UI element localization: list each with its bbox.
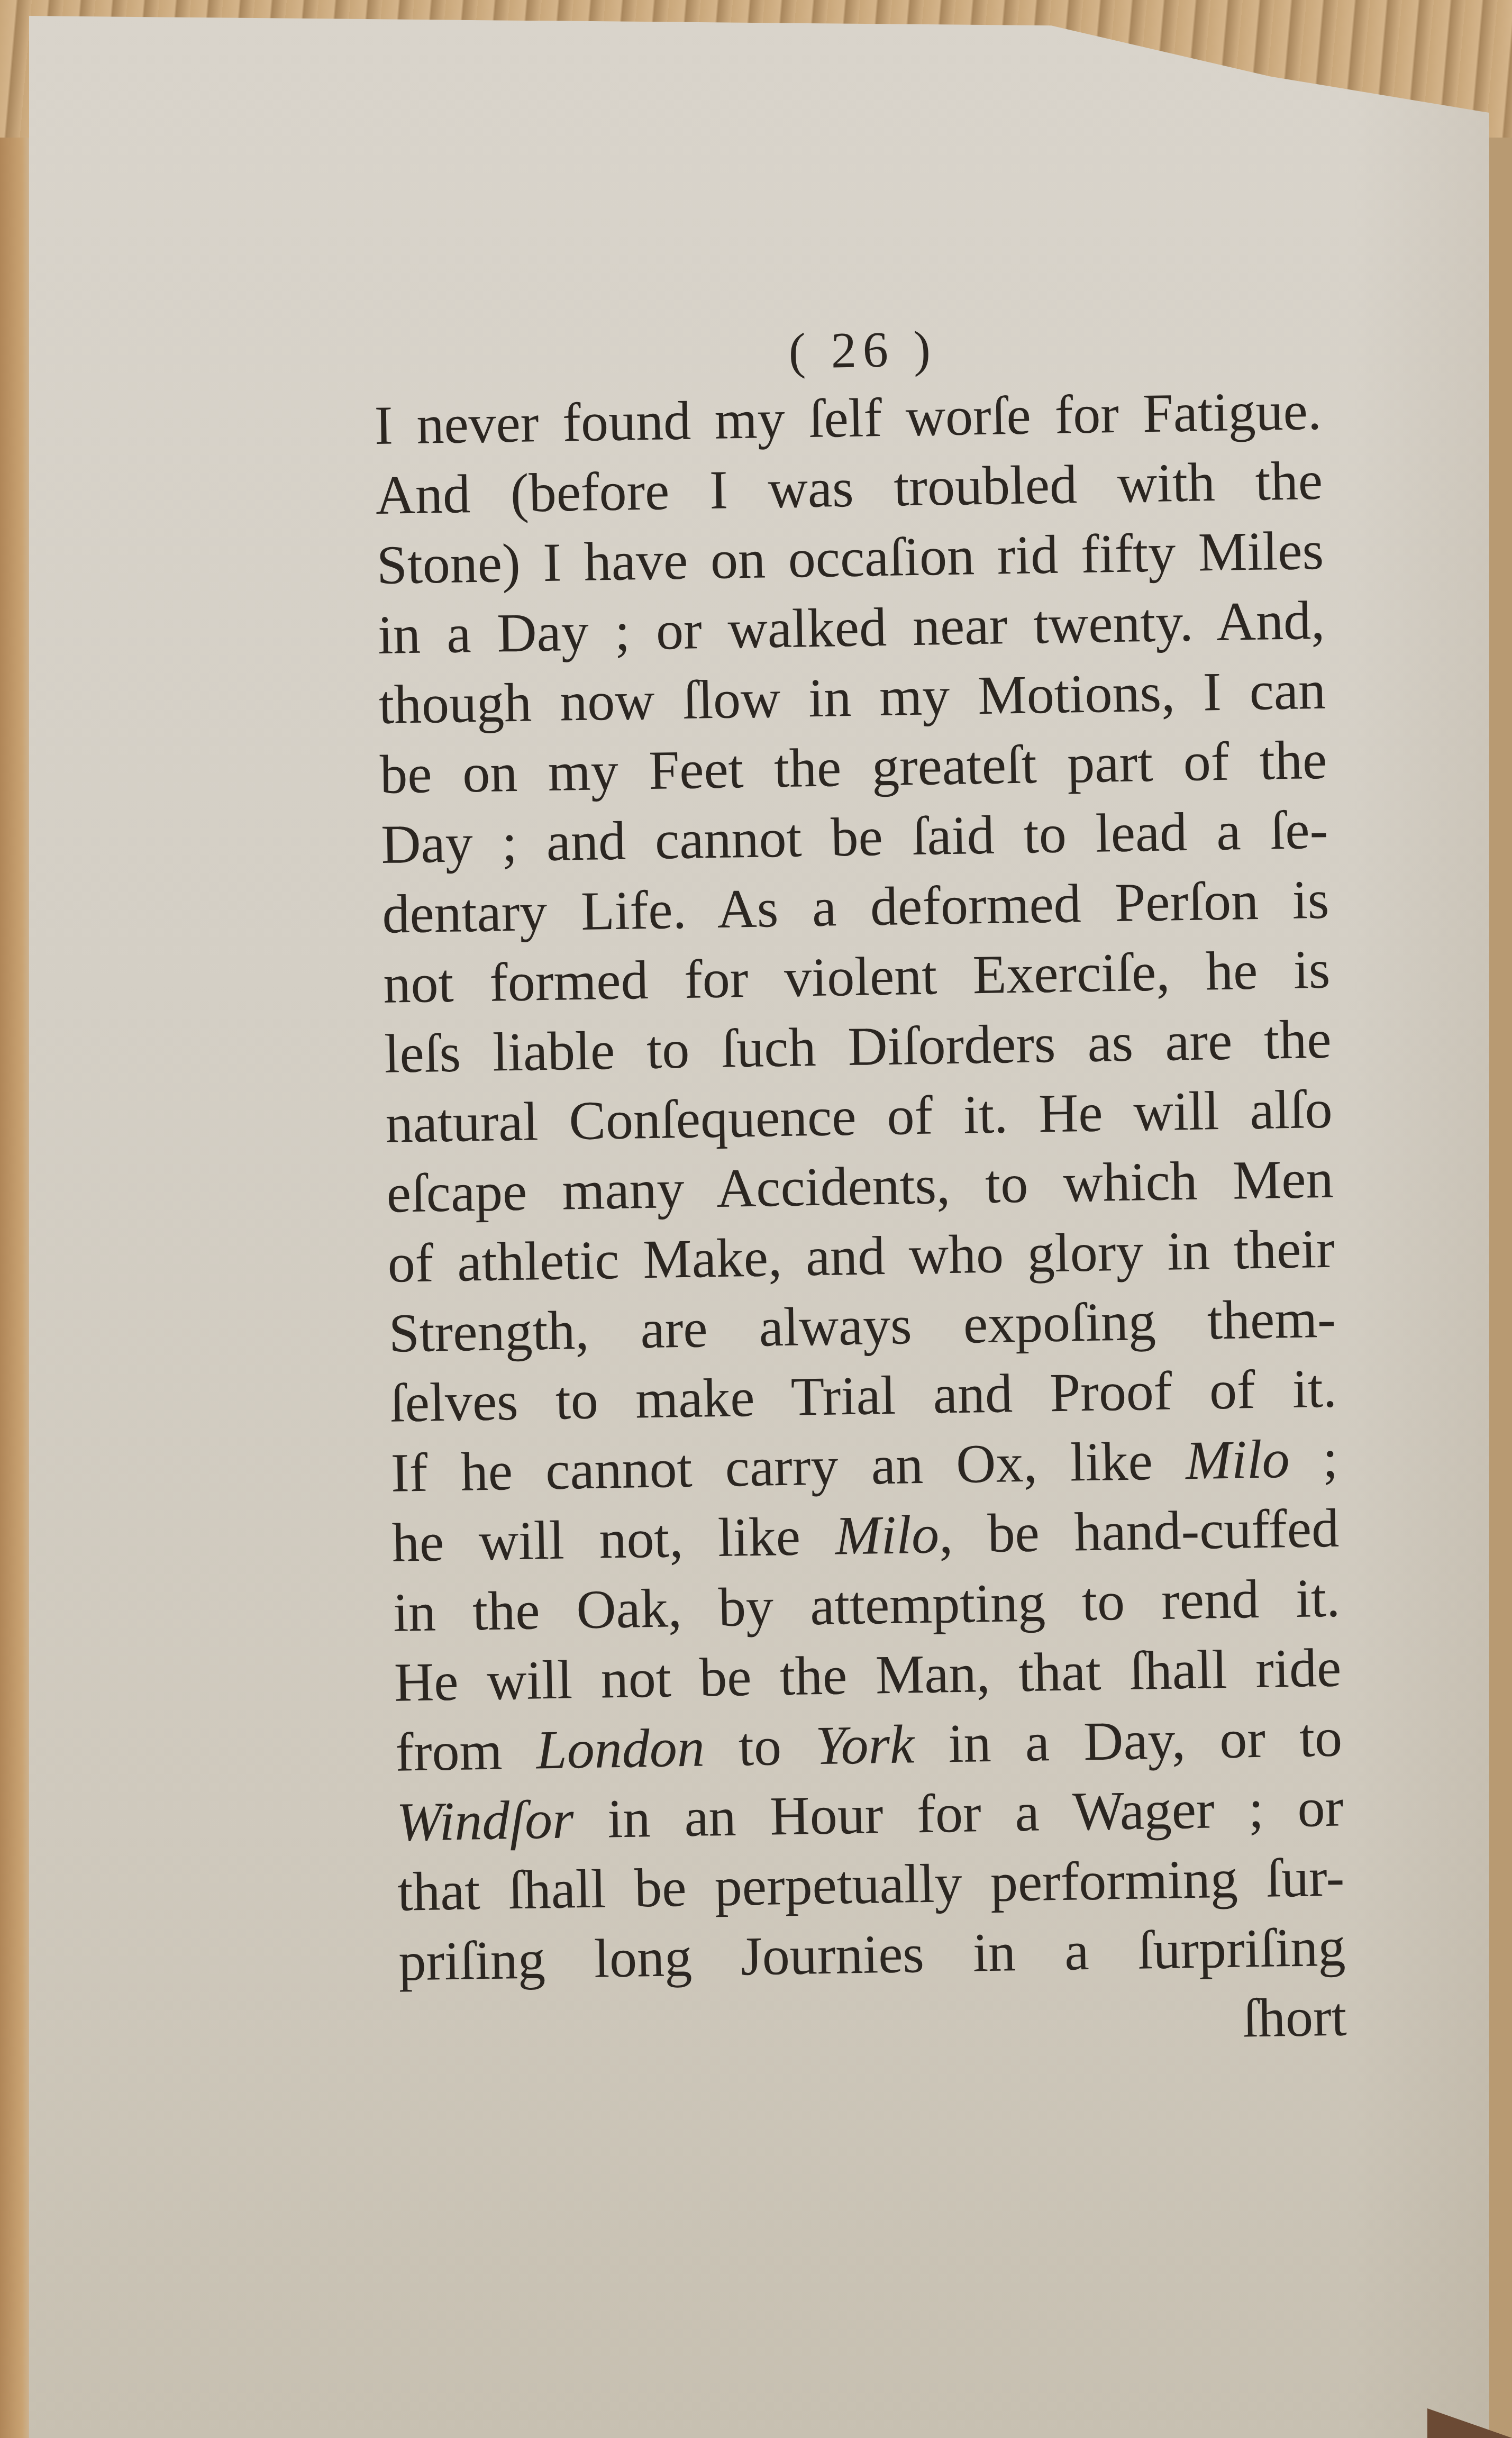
italic-name: Milo (835, 1504, 940, 1566)
italic-name: Windſor (396, 1789, 574, 1852)
body-text: I never found my ſelf worſe for Fatigue.… (374, 376, 1346, 1997)
catchword: ſhort (399, 1982, 1347, 2067)
page-text-block: ( 26 ) I never found my ſelf worſe for F… (373, 313, 1347, 2067)
text-line: priſing long Journies in a ſurpriſing (398, 1913, 1346, 1997)
italic-name: Milo (1185, 1429, 1290, 1491)
italic-name: London (536, 1717, 705, 1780)
italic-name: York (815, 1714, 915, 1776)
